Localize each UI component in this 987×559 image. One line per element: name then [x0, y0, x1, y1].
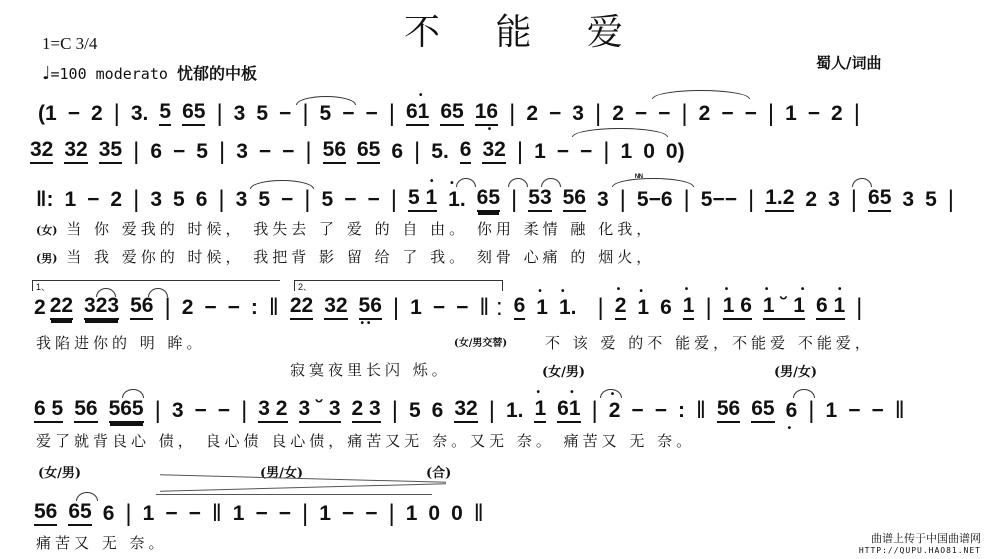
dash: −: [433, 296, 445, 320]
note: 65: [357, 138, 380, 164]
dash: −: [549, 102, 561, 126]
lyric-line-male: (男) 当 我 爱你的 时候， 我把背 影 留 给 了 我。 刻骨 心痛 的 烟…: [36, 246, 655, 267]
dash: −: [282, 140, 294, 164]
note: 5: [409, 399, 421, 423]
note: 1: [406, 502, 418, 526]
note: 1.: [506, 399, 524, 423]
note: 2: [110, 188, 122, 212]
dash: −: [218, 399, 230, 423]
note: 32: [30, 138, 53, 164]
tie: [296, 96, 356, 105]
barline: |: [389, 102, 395, 126]
author-credit: 蜀人/词曲: [816, 52, 881, 73]
tie: [652, 90, 750, 99]
watermark-text: 曲谱上传于中国曲谱网: [859, 530, 981, 546]
score-line-intro-1: (1 − 2 | 3. 5 65 | 3 5 − | 5 − − | 61• 6…: [38, 100, 871, 126]
barline: |: [748, 188, 754, 212]
note: 3.: [131, 102, 149, 126]
lyric-line: 寂寞夜里长闪 烁。: [290, 359, 451, 380]
repeat-end: :: [678, 399, 685, 423]
note: 22: [50, 294, 73, 320]
part-tag: (合): [426, 462, 451, 481]
note: 6: [391, 140, 403, 164]
note: 5: [320, 102, 332, 126]
note: 2: [34, 296, 46, 320]
dash: −: [344, 188, 356, 212]
barline: |: [133, 188, 139, 212]
note: 56: [717, 397, 740, 423]
barline: |: [851, 188, 857, 212]
dash: −: [228, 296, 240, 320]
note: 3: [828, 188, 840, 212]
note: 65: [182, 100, 205, 126]
note: 6: [196, 188, 208, 212]
note: 5: [196, 140, 208, 164]
barline: |: [808, 399, 814, 423]
note: 16•: [475, 100, 498, 126]
barline: |: [305, 140, 311, 164]
song-title: 不 能 爱: [404, 4, 645, 55]
dash: −: [365, 502, 377, 526]
note: 2: [91, 102, 103, 126]
note: 1.•: [559, 296, 577, 320]
score-line-intro-2: 32 32 35 | 6 − 5 | 3 − − | 56 65 6 | 5. …: [30, 138, 696, 164]
note: 32: [482, 138, 505, 164]
key-signature: 1=C 3/4: [42, 34, 97, 54]
dash: −: [281, 188, 293, 212]
lyric-line: 我陷进你的 明 眸。: [36, 332, 206, 353]
note: 5: [159, 100, 171, 126]
note: 1 6•: [723, 294, 752, 320]
dash: −: [87, 188, 99, 212]
barline: |: [391, 188, 397, 212]
note: 0: [643, 140, 655, 164]
note: 56: [74, 397, 97, 423]
dash: −: [279, 102, 291, 126]
note: 6: [460, 138, 472, 164]
double-barline: ‖: [212, 502, 222, 526]
note: 1: [534, 140, 546, 164]
dash: −: [195, 399, 207, 423]
note: 5: [256, 102, 268, 126]
note: 2•: [609, 399, 621, 423]
note: 6: [103, 502, 115, 526]
barline: |: [392, 399, 398, 423]
note: 2 3: [352, 397, 381, 423]
note: 6 1•: [816, 294, 845, 320]
part-tag: (女/男): [542, 361, 585, 380]
note: 61•: [557, 397, 580, 423]
note: 56: [130, 294, 153, 320]
note: 6: [660, 296, 672, 320]
note: 22: [290, 294, 313, 320]
note: 1•: [637, 296, 649, 320]
role-label: (男): [36, 252, 57, 265]
slur: [852, 178, 872, 187]
note: 6•: [786, 399, 798, 423]
dash: −: [259, 140, 271, 164]
note: 2: [831, 102, 843, 126]
note: 5: [925, 188, 937, 212]
note: 65: [751, 397, 774, 423]
slur: [456, 178, 476, 187]
barline: |: [218, 188, 224, 212]
note: 3: [150, 188, 162, 212]
note: 2: [699, 102, 711, 126]
dash: −: [580, 140, 592, 164]
dash: −: [173, 140, 185, 164]
watermark-url: HTTP://QUPU.HAO81.NET: [859, 546, 981, 555]
double-barline: ‖: [269, 296, 279, 320]
note: 0: [451, 502, 463, 526]
note: 1 ˘ 1••: [763, 294, 805, 320]
note: 56: [34, 500, 57, 526]
note: 323: [84, 294, 119, 320]
repeat-start: ‖ :: [479, 296, 502, 320]
note: 32: [64, 138, 87, 164]
barline: |: [509, 102, 515, 126]
note: 2•: [615, 294, 627, 320]
note: 5: [322, 188, 334, 212]
barline: |: [302, 502, 308, 526]
note: 3 ˘ 3: [299, 397, 341, 423]
tie: [250, 180, 314, 189]
note: 1: [143, 502, 155, 526]
note: 2: [612, 102, 624, 126]
barline: |: [856, 296, 862, 320]
dash: −: [635, 102, 647, 126]
note: 5: [173, 188, 185, 212]
tempo-description: 忧郁的中板: [177, 64, 257, 83]
role-label: (女): [36, 224, 57, 237]
note: 32: [324, 294, 347, 320]
note: 61•: [406, 100, 429, 126]
note: 2: [805, 188, 817, 212]
note: 56• •: [359, 294, 382, 320]
dash: −: [848, 399, 860, 423]
barline: |: [241, 399, 247, 423]
score-line-coda: 56 65 6 | 1 − − ‖ 1 − − | 1 − − | 1 0 0 …: [34, 500, 495, 526]
note: 1•: [683, 294, 695, 320]
note: 1: [410, 296, 422, 320]
dash: −: [557, 140, 569, 164]
note: 1: [233, 502, 245, 526]
barline: |: [592, 399, 598, 423]
barline: |: [304, 188, 310, 212]
slur: [793, 389, 815, 398]
note: 0: [428, 502, 440, 526]
note: 6: [432, 399, 444, 423]
barline: |: [948, 188, 954, 212]
note: 1.•: [448, 188, 466, 212]
note: 3: [902, 188, 914, 212]
tie-line: [156, 494, 432, 495]
slur: [122, 389, 144, 398]
barline: |: [620, 188, 626, 212]
slur: [76, 492, 98, 501]
double-barline: ‖: [474, 502, 484, 526]
barline: |: [598, 296, 604, 320]
dash: −: [871, 399, 883, 423]
lyric-line-chorus: 不 该 爱 的不 能爱，不能爱 不能爱，: [545, 332, 874, 353]
note: 32: [454, 397, 477, 423]
barline: |: [155, 399, 161, 423]
lyric-line: 爱了就背良心 债， 良心债 良心债，痛苦又无 奈。又无 奈。 痛苦又 无 奈。: [36, 430, 695, 451]
lyric-line: 痛苦又 无 奈。: [36, 532, 168, 553]
note: 6 5: [34, 397, 63, 423]
barline: |: [414, 140, 420, 164]
part-tag: (女/男): [38, 462, 81, 481]
note: 35: [99, 138, 122, 164]
note: 5.: [431, 140, 449, 164]
barline: |: [125, 502, 131, 526]
double-barline: ‖: [895, 399, 905, 423]
barline: |: [603, 140, 609, 164]
note: 0): [666, 140, 685, 164]
barline: |: [489, 399, 495, 423]
slur: [508, 178, 528, 187]
note: 1: [319, 502, 331, 526]
note: 3: [236, 140, 248, 164]
note: 565: [109, 397, 144, 423]
volta-2: 2、: [294, 280, 503, 291]
lyric-line-female: (女) 当 你 爱我的 时候， 我失去 了 爱 的 自 由。 你用 柔情 融 化…: [36, 218, 655, 239]
barline: |: [114, 102, 120, 126]
part-tag: (女/男交替): [454, 334, 507, 349]
tie: [612, 178, 694, 187]
note: 3 2: [258, 397, 287, 423]
barline: |: [219, 140, 225, 164]
repeat-start: ‖:: [36, 188, 53, 212]
note: 1•: [534, 397, 546, 423]
note: 5 1•: [408, 186, 437, 212]
slur: [541, 178, 561, 187]
barline: |: [768, 102, 774, 126]
dash: −: [366, 102, 378, 126]
dash: −: [456, 296, 468, 320]
dash: −: [631, 399, 643, 423]
barline: |: [393, 296, 399, 320]
tempo-value: =100: [51, 65, 87, 83]
fermata-slur: [600, 389, 622, 398]
note: 1: [785, 102, 797, 126]
repeat-end: :: [251, 296, 258, 320]
barline: |: [133, 140, 139, 164]
note: 3: [234, 102, 246, 126]
dash: −: [721, 102, 733, 126]
note: 2: [182, 296, 194, 320]
dash: −: [342, 502, 354, 526]
note: 1: [621, 140, 633, 164]
note: 6: [514, 294, 526, 320]
barline: |: [517, 140, 523, 164]
tie: [572, 128, 668, 137]
tempo-marking: ♩=100 moderato 忧郁的中板: [42, 61, 257, 84]
dash: −: [279, 502, 291, 526]
quarter-note-icon: ♩: [42, 63, 51, 84]
dash: −: [68, 102, 80, 126]
dash: −: [204, 296, 216, 320]
note: 65: [477, 186, 500, 212]
dash: −: [808, 102, 820, 126]
double-barline: ‖: [696, 399, 706, 423]
note: 5−6: [637, 188, 673, 212]
dash: −: [255, 502, 267, 526]
mordent-icon: ᴺᴺ: [635, 172, 643, 182]
note: 1: [826, 399, 838, 423]
watermark: 曲谱上传于中国曲谱网 HTTP://QUPU.HAO81.NET: [859, 530, 981, 555]
note: 65: [440, 100, 463, 126]
note: 1: [64, 188, 76, 212]
barline: |: [511, 188, 517, 212]
barline: |: [216, 102, 222, 126]
note: 6: [150, 140, 162, 164]
barline: |: [854, 102, 860, 126]
dash: −: [658, 102, 670, 126]
barline: |: [302, 102, 308, 126]
note: 5: [258, 188, 270, 212]
note: 56: [563, 186, 586, 212]
note: 65: [68, 500, 91, 526]
score-line-verse-3: 6 5 56 565 | 3 − − | 3 2 3 ˘ 3 2 3 | 5 6…: [34, 397, 916, 423]
note: 5−−: [701, 188, 737, 212]
note: 1.2: [765, 186, 794, 212]
score-line-verse-2: 2 22 323 56 | 2 − − : ‖ 22 32 56• • | 1 …: [34, 294, 873, 320]
note: 3: [597, 188, 609, 212]
dash: −: [189, 502, 201, 526]
note: 53: [528, 186, 551, 212]
barline: |: [705, 296, 711, 320]
dash: −: [745, 102, 757, 126]
dash: −: [367, 188, 379, 212]
note: 3: [572, 102, 584, 126]
part-tag: (男/女): [774, 361, 817, 380]
barline: |: [595, 102, 601, 126]
tempo-term: moderato: [96, 65, 168, 83]
note: 1•: [536, 296, 548, 320]
dash: −: [655, 399, 667, 423]
barline: |: [681, 102, 687, 126]
note: 56: [323, 138, 346, 164]
dash: −: [342, 102, 354, 126]
note: 3: [236, 188, 248, 212]
score-line-verse-1: ‖: 1 − 2 | 3 5 6 | 3 5 − | 5 − − | 5 1• …: [36, 186, 965, 212]
note: (1: [38, 102, 57, 126]
barline: |: [684, 188, 690, 212]
dash: −: [165, 502, 177, 526]
note: 65: [868, 186, 891, 212]
note: 2: [526, 102, 538, 126]
barline: |: [388, 502, 394, 526]
barline: |: [164, 296, 170, 320]
note: 3: [172, 399, 184, 423]
